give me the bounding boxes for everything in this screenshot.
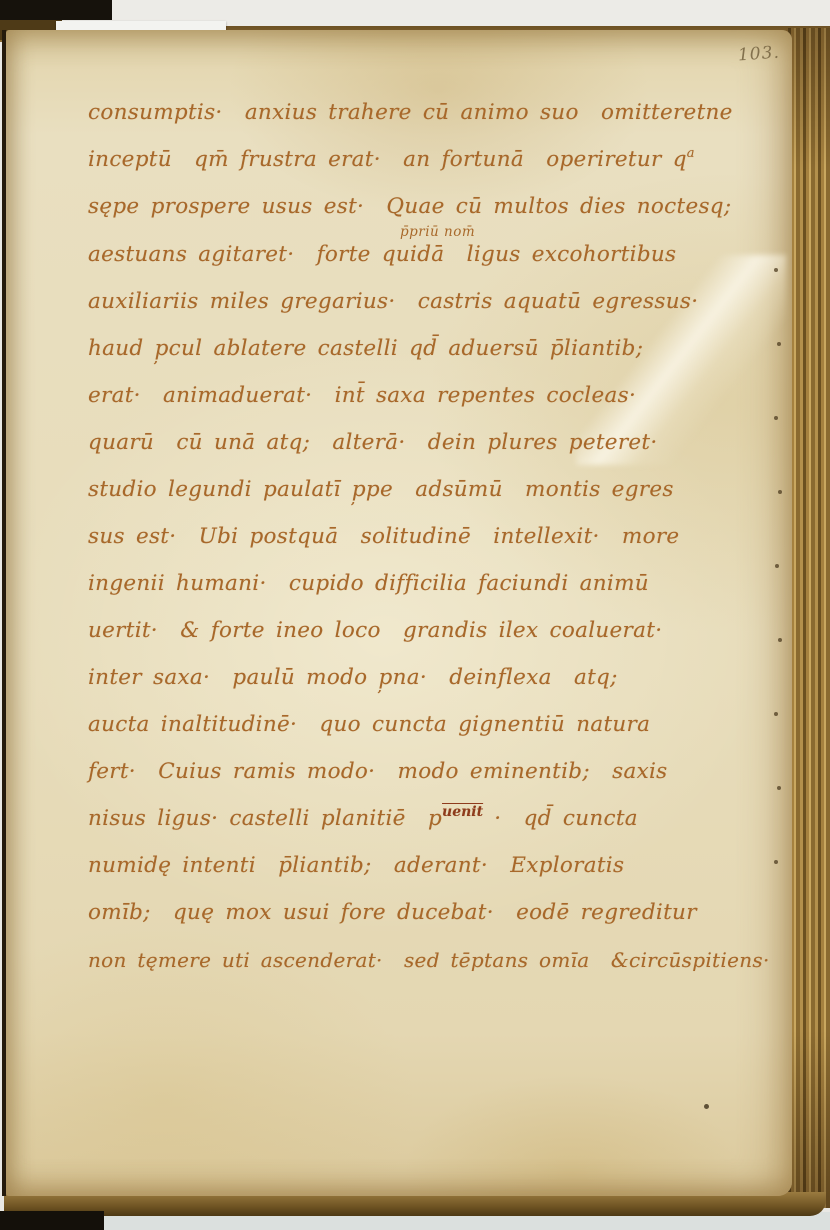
manuscript-line: consumptis· anxius trahere cū animo suo … <box>88 100 733 125</box>
pricking-hole <box>778 490 782 494</box>
manuscript-line: quarū cū unā atq; alterā· dein plures pe… <box>88 430 658 455</box>
manuscript-line: numidę intenti p̄liantib; aderant· Explo… <box>88 853 624 878</box>
pricking-hole <box>777 786 781 790</box>
manuscript-line: aucta inaltitudinē· quo cuncta gignentiū… <box>88 712 650 737</box>
manuscript-line: sus est· Ubi postquā solitudinē intellex… <box>88 524 679 549</box>
interlinear-gloss: p̄priū nom̄ <box>400 224 475 240</box>
manuscript-photo: 103. p̄priū nom̄ consumptis· anxius trah… <box>0 0 830 1230</box>
photo-black-corner-bottom <box>0 1211 104 1230</box>
pricking-hole <box>775 564 779 568</box>
manuscript-line: non tęmere uti ascenderat· sed tēptans o… <box>88 948 770 972</box>
manuscript-line: auxiliariis miles gregarius· castris aqu… <box>88 289 698 314</box>
folio-number: 103. <box>737 43 780 66</box>
manuscript-line: inceptū qm̄ frustra erat· an fortunā ope… <box>88 147 695 172</box>
manuscript-line: studio legundi paulatī p̦pe adsūmū monti… <box>88 477 674 502</box>
pricking-hole <box>774 416 778 420</box>
manuscript-line: inter saxa· paulū modo p̦na· deinflexa a… <box>88 665 618 690</box>
photo-black-corner-top <box>0 0 112 20</box>
pricking-hole <box>777 342 781 346</box>
manuscript-line: fert· Cuius ramis modo· modo eminentib; … <box>88 759 668 784</box>
manuscript-line: haud p̦cul ablatere castelli qd̄ aduersū… <box>88 336 643 361</box>
manuscript-line: uertit· & forte ineo loco grandis ilex c… <box>88 618 662 643</box>
manuscript-line: omīb; quę mox usui fore ducebat· eodē re… <box>88 900 697 925</box>
manuscript-line: nisus ligus· castelli planitiē puenit · … <box>88 806 638 831</box>
scribal-correction: uenit <box>442 804 483 820</box>
pricking-hole <box>778 638 782 642</box>
pricking-hole <box>774 860 778 864</box>
stacked-page-edges <box>788 28 830 1208</box>
manuscript-line: aestuans agitaret· forte quidā ligus exc… <box>88 242 676 267</box>
pricking-hole <box>774 268 778 272</box>
parchment-page: 103. p̄priū nom̄ consumptis· anxius trah… <box>6 30 792 1196</box>
ink-speck <box>704 1104 709 1109</box>
manuscript-line: sępe prospere usus est· Quae cū multos d… <box>88 194 731 219</box>
pricking-hole <box>774 712 778 716</box>
manuscript-line: erat· animaduerat· int̄ saxa repentes co… <box>88 383 636 408</box>
manuscript-line: ingenii humani· cupido difficilia faciun… <box>88 571 649 596</box>
